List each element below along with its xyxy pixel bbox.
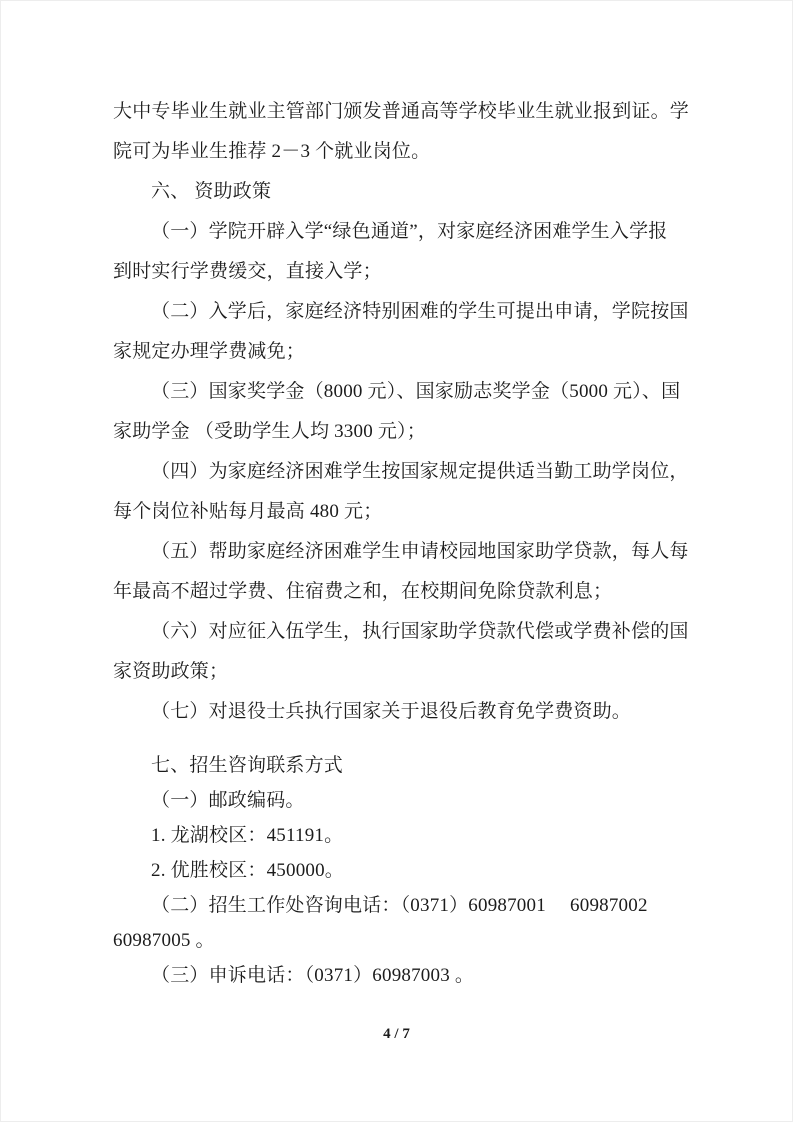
text-line: 家资助政策； — [113, 652, 698, 692]
text-line: 每个岗位补贴每月最高 480 元； — [113, 492, 698, 532]
text-line: （六）对应征入伍学生，执行国家助学贷款代偿或学费补偿的国 — [113, 612, 698, 652]
text-line: （四）为家庭经济困难学生按国家规定提供适当勤工助学岗位， — [113, 452, 698, 492]
text-line: 院可为毕业生推荐 2－3 个就业岗位。 — [113, 132, 698, 172]
section-funding-policy: 大中专毕业生就业主管部门颁发普通高等学校毕业生就业报到证。学院可为毕业生推荐 2… — [113, 92, 698, 732]
text-line: （一）学院开辟入学“绿色通道”，对家庭经济困难学生入学报 — [113, 212, 698, 252]
text-line: 1. 龙湖校区：451191。 — [113, 818, 698, 853]
text-line: 大中专毕业生就业主管部门颁发普通高等学校毕业生就业报到证。学 — [113, 92, 698, 132]
text-line: （三）国家奖学金（8000 元）、国家励志奖学金（5000 元）、国 — [113, 372, 698, 412]
text-line: （七）对退役士兵执行国家关于退役后教育免学费资助。 — [113, 692, 698, 732]
text-line: （三）申诉电话：（0371）60987003 。 — [113, 958, 698, 993]
section-contact-info: 七、招生咨询联系方式（一）邮政编码。1. 龙湖校区：451191。2. 优胜校区… — [113, 748, 698, 993]
document-body: 大中专毕业生就业主管部门颁发普通高等学校毕业生就业报到证。学院可为毕业生推荐 2… — [113, 92, 698, 993]
text-line: 家助学金 （受助学生人均 3300 元）； — [113, 412, 698, 452]
text-line: 2. 优胜校区：450000。 — [113, 853, 698, 888]
text-line: （一）邮政编码。 — [113, 783, 698, 818]
text-line: （二）入学后，家庭经济特别困难的学生可提出申请，学院按国 — [113, 292, 698, 332]
text-line: （二）招生工作处咨询电话：（0371）60987001 60987002 — [113, 888, 698, 923]
text-line: 六、 资助政策 — [113, 172, 698, 212]
page-number: 4 / 7 — [1, 1025, 792, 1043]
text-line: 60987005 。 — [113, 923, 698, 958]
text-line: 家规定办理学费减免； — [113, 332, 698, 372]
document-page: 大中专毕业生就业主管部门颁发普通高等学校毕业生就业报到证。学院可为毕业生推荐 2… — [0, 0, 793, 1122]
text-line: （五）帮助家庭经济困难学生申请校园地国家助学贷款，每人每 — [113, 532, 698, 572]
text-line: 年最高不超过学费、住宿费之和，在校期间免除贷款利息； — [113, 572, 698, 612]
text-line: 到时实行学费缓交，直接入学； — [113, 252, 698, 292]
text-line: 七、招生咨询联系方式 — [113, 748, 698, 783]
